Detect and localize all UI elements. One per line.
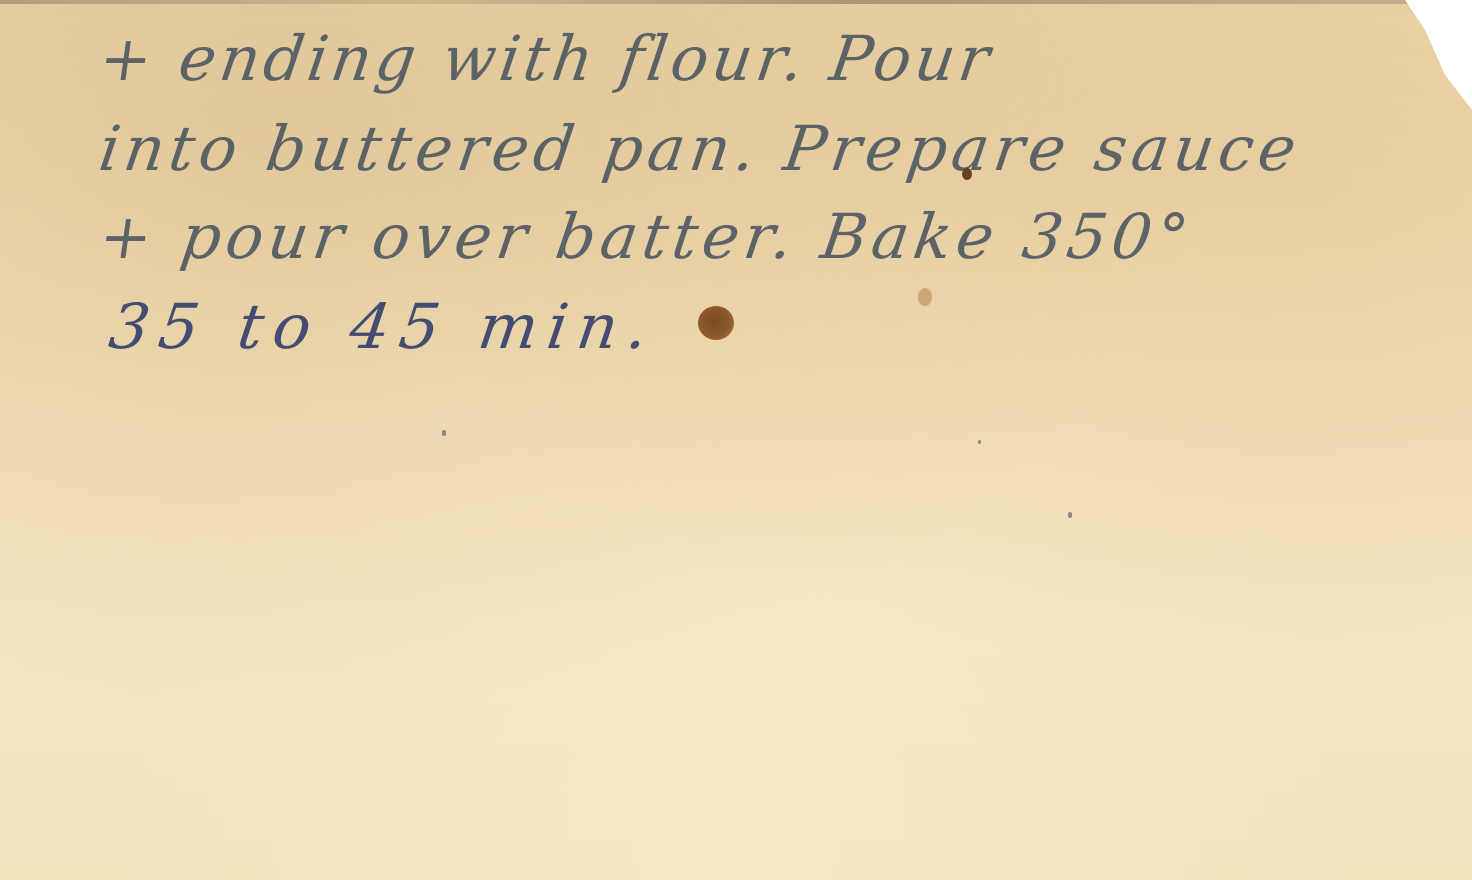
- paper-speck: [1068, 512, 1072, 518]
- paper-speck: [442, 430, 446, 436]
- recipe-line-2: into buttered pan. Prepare sauce: [95, 112, 1306, 185]
- recipe-line-4: 35 to 45 min.: [105, 290, 663, 363]
- card-top-edge: [0, 0, 1410, 4]
- recipe-card: + ending with flour. Pour into buttered …: [0, 0, 1472, 880]
- paper-speck: [978, 440, 981, 444]
- recipe-line-3: + pour over batter. Bake 350°: [95, 200, 1198, 273]
- recipe-line-1: + ending with flour. Pour: [95, 22, 998, 95]
- faint-stain: [918, 288, 932, 306]
- ink-dot-stain: [962, 168, 972, 180]
- brown-stain: [698, 306, 734, 340]
